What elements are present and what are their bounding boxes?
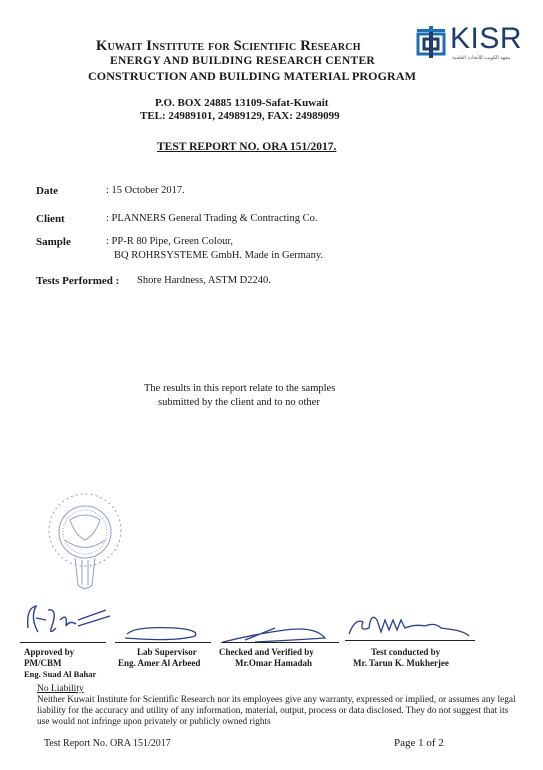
results-disclaimer-line1: The results in this report relate to the… bbox=[144, 383, 335, 394]
liability-title: No Liability bbox=[37, 684, 84, 694]
institute-name: Kuwait Institute for Scientific Research bbox=[96, 38, 361, 55]
client-label: Client bbox=[36, 213, 65, 225]
kisr-logo-icon bbox=[416, 26, 446, 58]
signature-lab-supervisor: Lab Supervisor Eng. Amer Al Arbeed bbox=[105, 598, 215, 678]
liability-text: Neither Kuwait Institute for Scientific … bbox=[37, 695, 517, 729]
center-name: ENERGY AND BUILDING RESEARCH CENTER bbox=[110, 55, 375, 67]
test-conducted-role: Test conducted by bbox=[371, 647, 440, 657]
signature-checked-verified: Checked and Verified by Mr.Omar Hamadah bbox=[215, 598, 345, 678]
kisr-logo: KISR معهد الكويت للأبحاث العلمية bbox=[416, 26, 536, 66]
report-title: TEST REPORT NO. ORA 151/2017. bbox=[157, 141, 336, 153]
date-value: : 15 October 2017. bbox=[106, 185, 185, 196]
signature-scribble-icon bbox=[105, 598, 215, 642]
lab-supervisor-role: Lab Supervisor bbox=[137, 647, 197, 657]
page-number: Page 1 of 2 bbox=[394, 737, 444, 749]
footer-report-ref: Test Report No. ORA 151/2017 bbox=[44, 738, 171, 749]
signature-scribble-icon bbox=[215, 598, 345, 644]
client-value: : PLANNERS General Trading & Contracting… bbox=[106, 213, 317, 224]
results-disclaimer-line2: submitted by the client and to no other bbox=[158, 397, 320, 408]
official-seal-icon bbox=[40, 490, 130, 600]
signature-scribble-icon bbox=[345, 598, 505, 644]
checked-verified-name: Mr.Omar Hamadah bbox=[235, 658, 312, 668]
approved-by-role: Approved by bbox=[24, 647, 74, 657]
kisr-logo-arabic: معهد الكويت للأبحاث العلمية bbox=[452, 55, 510, 61]
sample-value-line1: : PP-R 80 Pipe, Green Colour, bbox=[106, 236, 233, 247]
sample-value-line2: BQ ROHRSYSTEME GmbH. Made in Germany. bbox=[114, 250, 323, 261]
signature-approved-by: Approved by PM/CBM Eng. Suad Al Bahar bbox=[18, 598, 118, 688]
approved-by-title: PM/CBM bbox=[24, 658, 62, 668]
signature-scribble-icon bbox=[18, 598, 118, 640]
program-name: CONSTRUCTION AND BUILDING MATERIAL PROGR… bbox=[88, 69, 416, 84]
kisr-logo-text: KISR bbox=[450, 22, 522, 56]
checked-verified-role: Checked and Verified by bbox=[219, 647, 314, 657]
date-label: Date bbox=[36, 185, 58, 197]
address: P.O. BOX 24885 13109-Safat-Kuwait bbox=[155, 97, 328, 109]
approved-by-name: Eng. Suad Al Bahar bbox=[24, 669, 96, 679]
test-conducted-name: Mr. Tarun K. Mukherjee bbox=[353, 658, 449, 668]
sample-label: Sample bbox=[36, 236, 71, 248]
phone-fax: TEL: 24989101, 24989129, FAX: 24989099 bbox=[140, 110, 340, 122]
tests-performed-value: Shore Hardness, ASTM D2240. bbox=[137, 275, 271, 286]
signature-test-conducted: Test conducted by Mr. Tarun K. Mukherjee bbox=[345, 598, 505, 678]
tests-performed-label: Tests Performed : bbox=[36, 275, 119, 287]
lab-supervisor-name: Eng. Amer Al Arbeed bbox=[118, 658, 200, 668]
